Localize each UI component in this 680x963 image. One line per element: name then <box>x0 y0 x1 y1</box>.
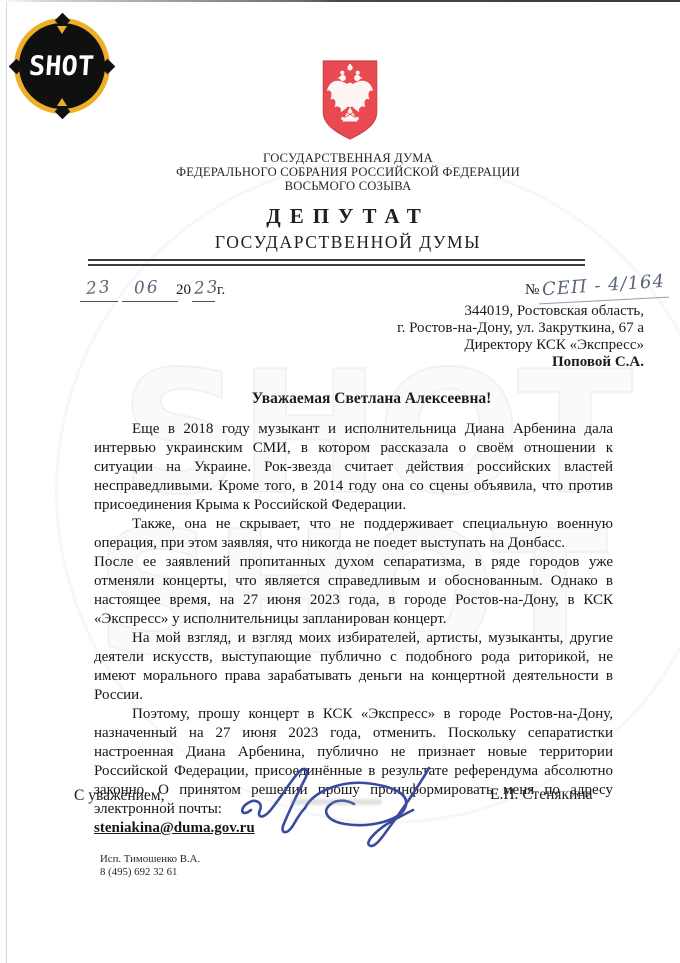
logo-tick-icon <box>57 98 67 106</box>
logo-notch-icon <box>9 58 25 74</box>
header-divider <box>88 259 585 266</box>
executor-phone: 8 (495) 692 32 61 <box>100 866 200 879</box>
closing-regards: С уважением, <box>74 787 165 805</box>
number-sign: № <box>525 282 539 299</box>
printed-year-suffix: г. <box>217 282 225 299</box>
recipient-name: Поповой С.А. <box>296 354 644 371</box>
paragraph: Также, она не скрывает, что не поддержив… <box>94 515 613 553</box>
document-number-field: № СЕП - 4/164 <box>525 275 675 305</box>
date-field: 23 06 20 23 г. <box>70 278 240 306</box>
letterhead-title: ДЕПУТАТ <box>10 204 680 229</box>
scan-edge-top <box>0 0 680 2</box>
logo-tick-icon <box>57 26 67 34</box>
paragraph: Еще в 2018 году музыкант и исполнительни… <box>94 420 613 515</box>
recipient-position: Директору КСК «Экспресс» <box>296 337 644 354</box>
org-name-line3: ВОСЬМОГО СОЗЫВА <box>10 180 680 194</box>
executor-name: Исп. Тимошенко В.А. <box>100 853 200 866</box>
scan-smudge <box>290 799 382 805</box>
org-name-line2: ФЕДЕРАЛЬНОГО СОБРАНИЯ РОССИЙСКОЙ ФЕДЕРАЦ… <box>10 166 680 180</box>
signer-name: Е.П. Стенякина <box>490 786 593 804</box>
scan-edge-left <box>6 2 7 963</box>
recipient-street: г. Ростов-на-Дону, ул. Закруткина, 67 а <box>296 320 644 337</box>
logo-notch-icon <box>54 104 70 120</box>
handwritten-day: 23 <box>85 277 112 299</box>
scanned-letter-page: SHOT SHOT SHOT <box>0 0 680 963</box>
executor-block: Исп. Тимошенко В.А. 8 (495) 692 32 61 <box>100 853 200 879</box>
shot-logo-text: SHOT <box>28 51 95 82</box>
recipient-postcode-region: 344019, Ростовская область, <box>296 303 644 320</box>
paragraph: На мой взгляд, и взгляд моих избирателей… <box>94 629 613 705</box>
org-name-line1: ГОСУДАРСТВЕННАЯ ДУМА <box>10 152 680 166</box>
handwritten-month: 06 <box>133 277 160 298</box>
paragraph: После ее заявлений пропитанных духом сеп… <box>94 553 613 629</box>
logo-notch-icon <box>100 58 116 74</box>
salutation: Уважаемая Светлана Алексеевна! <box>94 390 613 408</box>
handwritten-document-number: СЕП - 4/164 <box>541 271 665 301</box>
shot-logo: SHOT <box>14 18 110 114</box>
recipient-address: 344019, Ростовская область, г. Ростов-на… <box>296 303 644 371</box>
russia-coat-of-arms-icon <box>322 60 378 140</box>
date-blank-line <box>122 301 178 302</box>
printed-century: 20 <box>176 282 191 299</box>
letterhead-subtitle: ГОСУДАРСТВЕННОЙ ДУМЫ <box>10 232 680 253</box>
date-blank-line <box>192 301 215 302</box>
letterhead: ГОСУДАРСТВЕННАЯ ДУМА ФЕДЕРАЛЬНОГО СОБРАН… <box>10 152 680 253</box>
date-blank-line <box>80 301 118 302</box>
